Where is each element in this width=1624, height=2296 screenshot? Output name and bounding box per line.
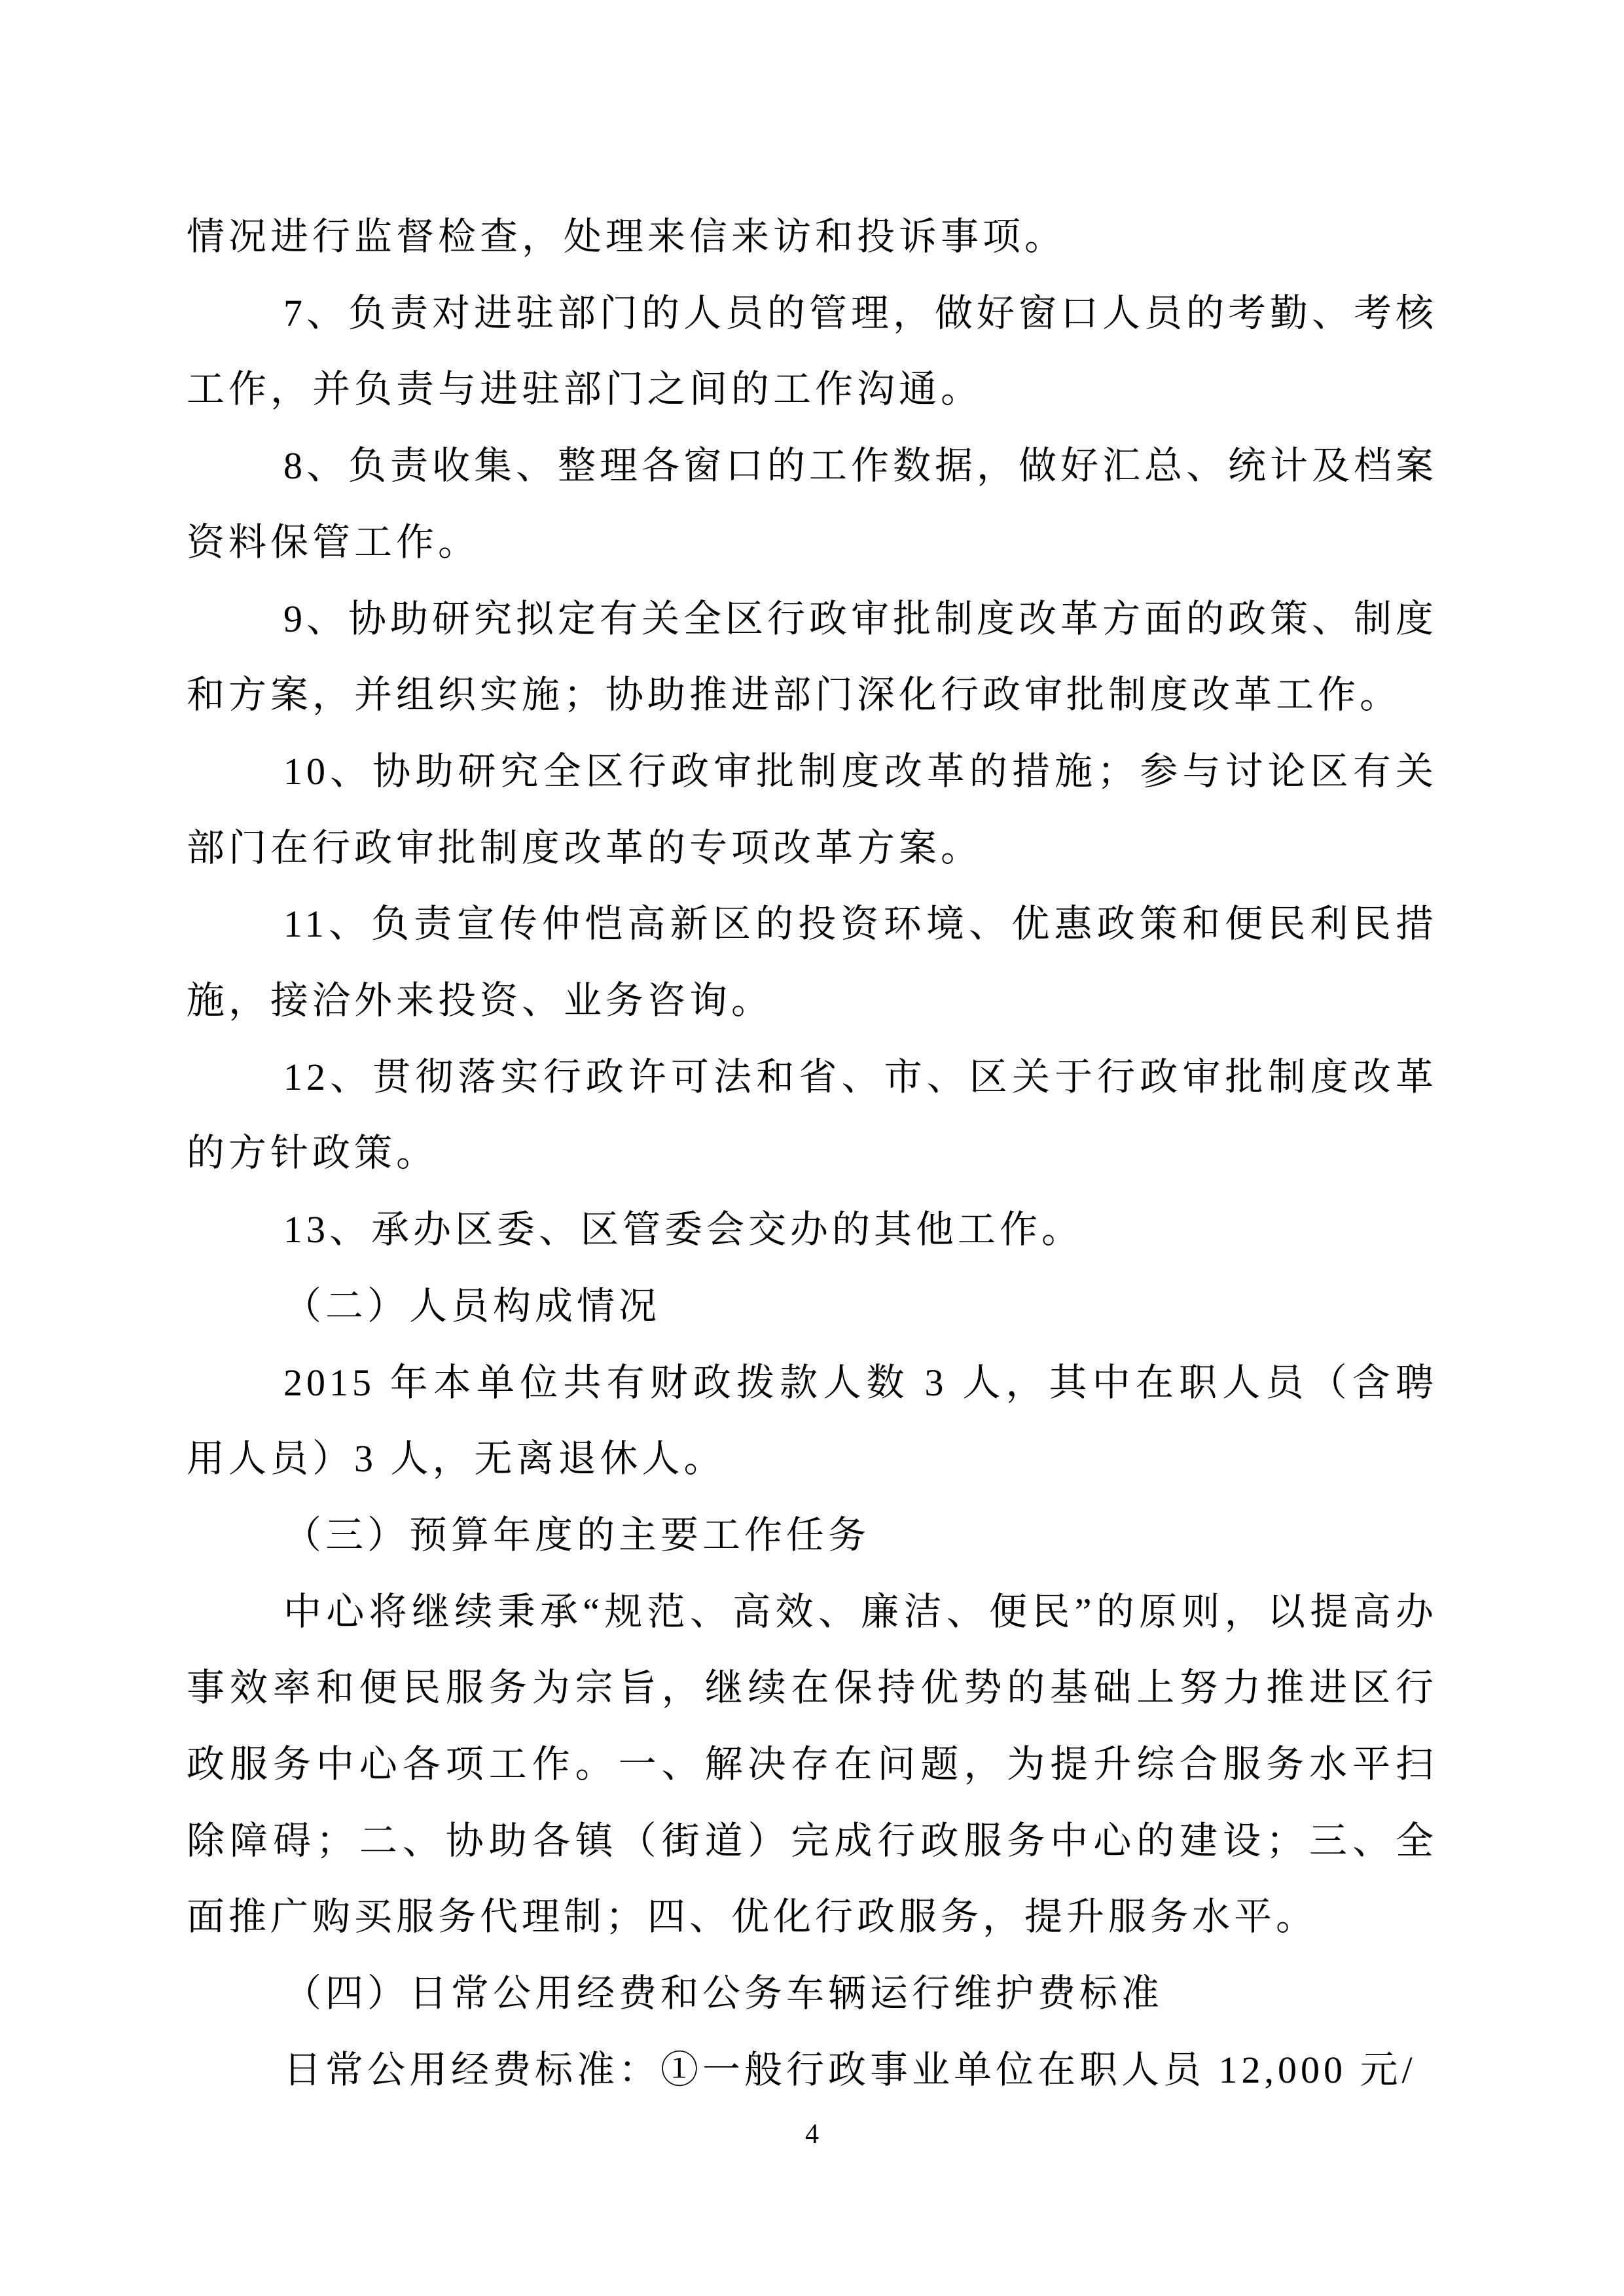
paragraph: 10、协助研究全区行政审批制度改革的措施；参与讨论区有关部门在行政审批制度改革的… <box>187 734 1437 886</box>
document-page: 情况进行监督检查，处理来信来访和投诉事项。7、负责对进驻部门的人员的管理，做好窗… <box>0 0 1624 2296</box>
paragraph: 7、负责对进驻部门的人员的管理，做好窗口人员的考勤、考核工作，并负责与进驻部门之… <box>187 276 1437 428</box>
paragraph: 日常公用经费标准：①一般行政事业单位在职人员 12,000 元/ <box>187 2032 1437 2109</box>
paragraph: 中心将继续秉承“规范、高效、廉洁、便民”的原则，以提高办事效率和便民服务为宗旨，… <box>187 1574 1437 1956</box>
paragraph: 13、承办区委、区管委会交办的其他工作。 <box>187 1192 1437 1268</box>
paragraph: 12、贯彻落实行政许可法和省、市、区关于行政审批制度改革的方针政策。 <box>187 1039 1437 1192</box>
paragraph: 9、协助研究拟定有关全区行政审批制度改革方面的政策、制度和方案，并组织实施；协助… <box>187 581 1437 734</box>
paragraph: （二）人员构成情况 <box>187 1268 1437 1345</box>
page-body-text: 情况进行监督检查，处理来信来访和投诉事项。7、负责对进驻部门的人员的管理，做好窗… <box>187 199 1437 2109</box>
paragraph: 11、负责宣传仲恺高新区的投资环境、优惠政策和便民利民措施，接洽外来投资、业务咨… <box>187 886 1437 1039</box>
paragraph: 8、负责收集、整理各窗口的工作数据，做好汇总、统计及档案资料保管工作。 <box>187 428 1437 581</box>
paragraph: 2015 年本单位共有财政拨款人数 3 人，其中在职人员（含聘用人员）3 人，无… <box>187 1345 1437 1498</box>
paragraph: 情况进行监督检查，处理来信来访和投诉事项。 <box>187 199 1437 276</box>
page-number: 4 <box>0 2121 1624 2148</box>
paragraph: （四）日常公用经费和公务车辆运行维护费标准 <box>187 1956 1437 2032</box>
paragraph: （三）预算年度的主要工作任务 <box>187 1498 1437 1574</box>
